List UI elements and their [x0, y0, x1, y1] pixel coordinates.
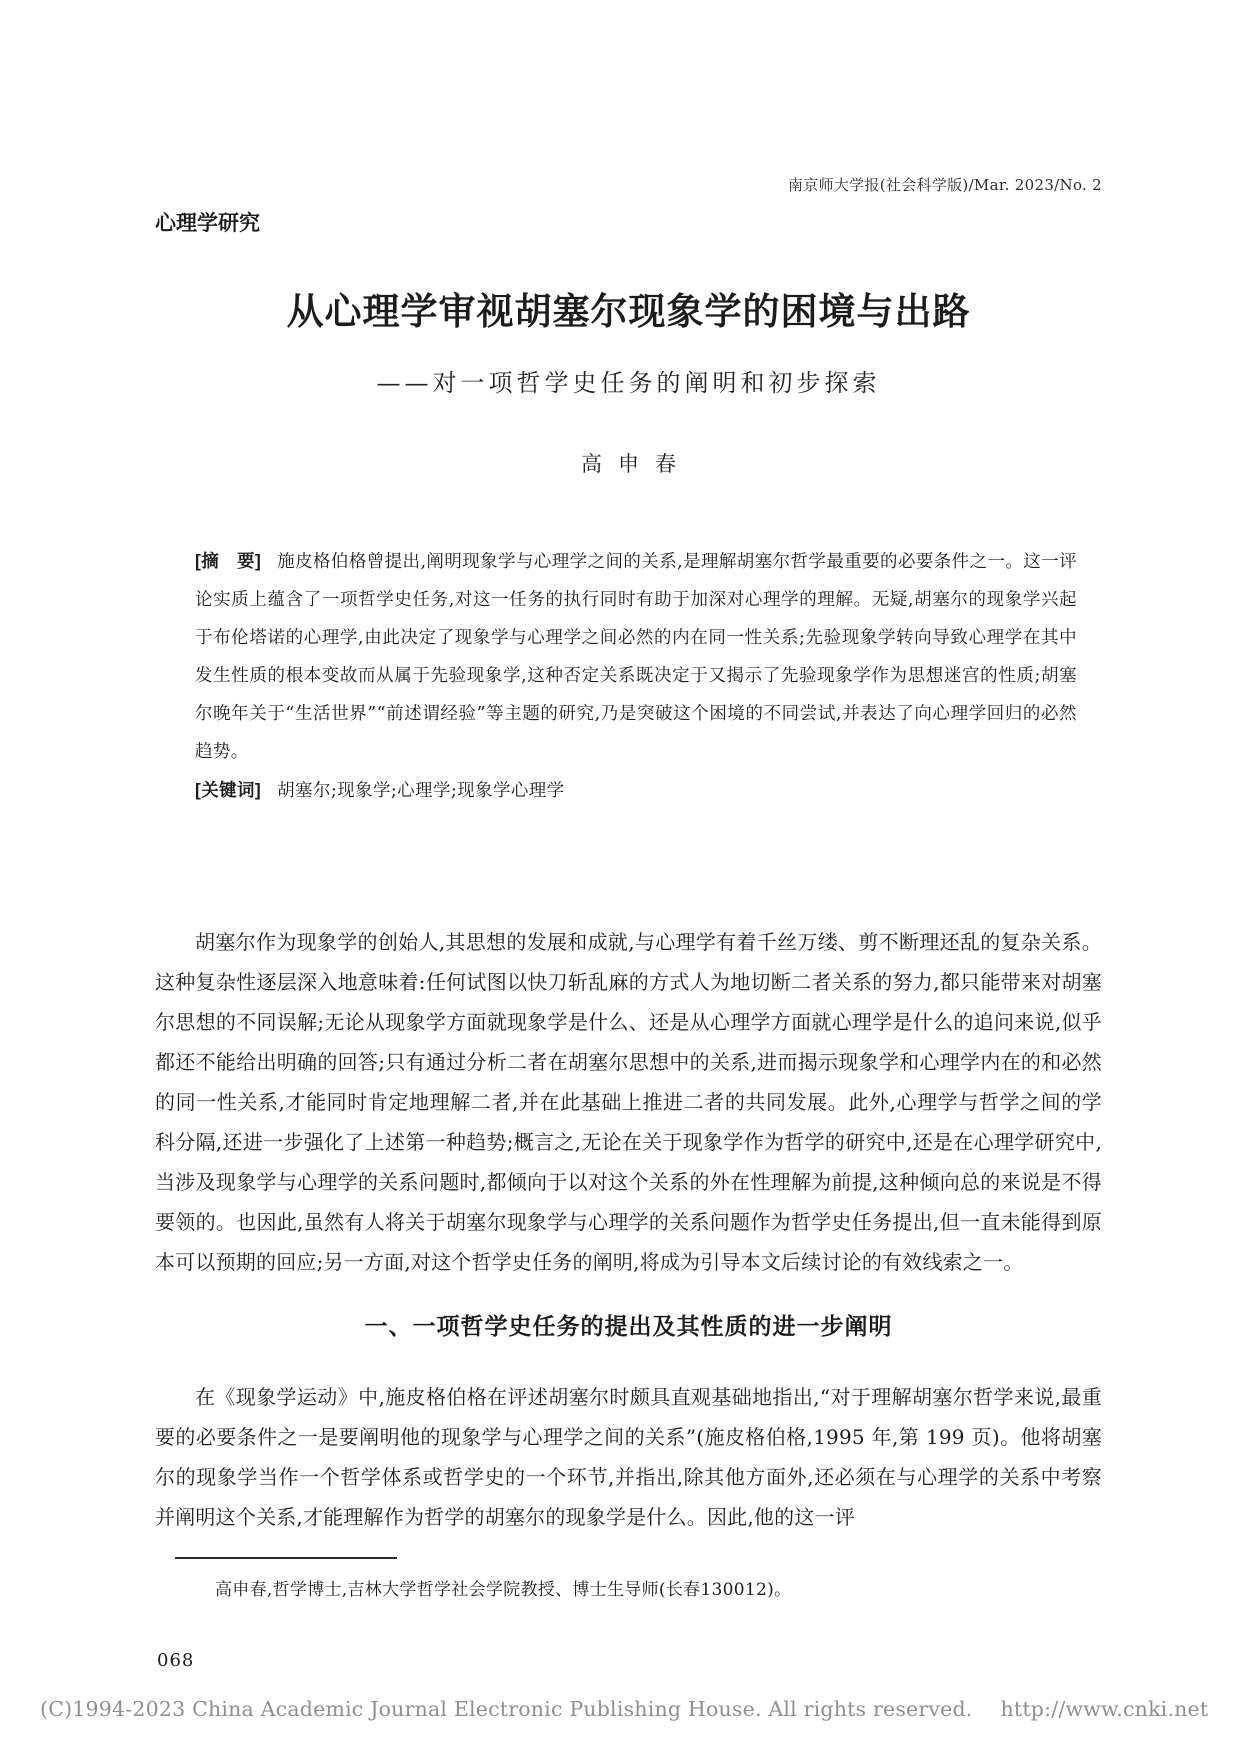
- author-name: 高申春: [155, 448, 1102, 478]
- copyright-url: http://www.cnki.net: [1001, 1697, 1209, 1721]
- keywords-text: 胡塞尔;现象学;心理学;现象学心理学: [277, 781, 564, 801]
- body-paragraph-1: 胡塞尔作为现象学的创始人,其思想的发展和成就,与心理学有着千丝万缕、剪不断理还乱…: [155, 922, 1102, 1282]
- abstract-label: [摘 要]: [195, 551, 261, 571]
- article-subtitle: ——对一项哲学史任务的阐明和初步探索: [155, 363, 1102, 398]
- page-content: 南京师大学报(社会科学版)/Mar. 2023/No. 2 心理学研究 从心理学…: [155, 0, 1102, 1600]
- abstract-block: [摘 要]施皮格伯格曾提出,阐明现象学与心理学之间的关系,是理解胡塞尔哲学最重要…: [195, 542, 1077, 810]
- column-section-label: 心理学研究: [155, 207, 1102, 237]
- journal-page: 南京师大学报(社会科学版)/Mar. 2023/No. 2 心理学研究 从心理学…: [0, 0, 1240, 1753]
- body-paragraph-2: 在《现象学运动》中,施皮格伯格在评述胡塞尔时颇具直观基础地指出,“对于理解胡塞尔…: [155, 1377, 1102, 1537]
- keywords-paragraph: [关键词]胡塞尔;现象学;心理学;现象学心理学: [195, 771, 1077, 810]
- abstract-text: 施皮格伯格曾提出,阐明现象学与心理学之间的关系,是理解胡塞尔哲学最重要的必要条件…: [195, 552, 1077, 762]
- footnote-divider: [175, 1557, 397, 1559]
- abstract-paragraph: [摘 要]施皮格伯格曾提出,阐明现象学与心理学之间的关系,是理解胡塞尔哲学最重要…: [195, 542, 1077, 771]
- copyright-line: (C)1994-2023 China Academic Journal Elec…: [40, 1697, 1208, 1721]
- article-title: 从心理学审视胡塞尔现象学的困境与出路: [155, 281, 1102, 335]
- copyright-notice: (C)1994-2023 China Academic Journal Elec…: [40, 1697, 973, 1721]
- journal-header: 南京师大学报(社会科学版)/Mar. 2023/No. 2: [155, 0, 1102, 195]
- keywords-label: [关键词]: [195, 780, 261, 800]
- page-number: 068: [157, 1650, 194, 1671]
- section-heading: 一、一项哲学史任务的提出及其性质的进一步阐明: [155, 1308, 1102, 1341]
- footnote-text: 高申春,哲学博士,吉林大学哲学社会学院教授、博士生导师(长春130012)。: [215, 1575, 1102, 1600]
